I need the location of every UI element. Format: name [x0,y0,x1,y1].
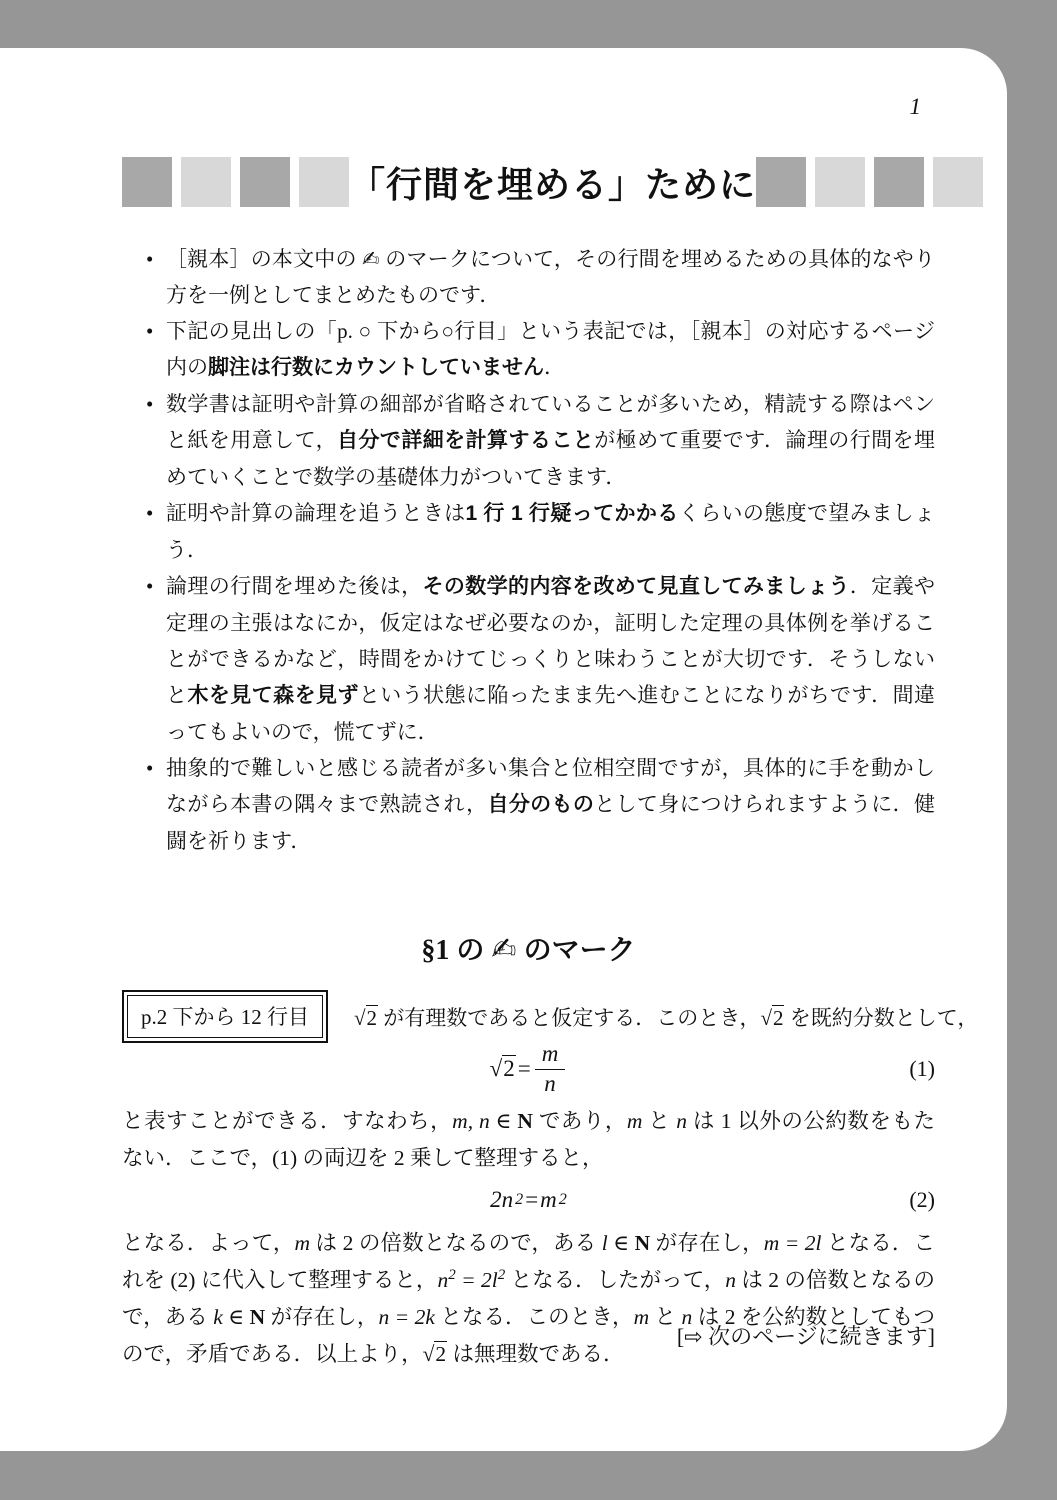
text-segment: 論理の行間を埋めた後は， [166,574,422,598]
proof-intro: √2 が有理数であると仮定する．このとき，√2 を既約分数として， [354,1002,978,1032]
text-segment: m [634,1305,650,1329]
title-squares-left [122,157,349,207]
page-title: 「行間を埋める」ために [349,157,756,208]
text-segment: を既約分数として， [784,1006,978,1030]
text-segment: N [250,1305,266,1329]
text-segment: = [518,1056,531,1082]
text-segment: = [525,1187,538,1213]
text-segment: ∈ [223,1305,250,1329]
sqrt-2: √2 [760,1005,784,1030]
title-square-dark [874,157,924,207]
text-segment: m [295,1231,311,1255]
sqrt-2: √2 [490,1056,516,1082]
sqrt-2: √2 [423,1341,448,1366]
continue-note: [⇨ 次のページに続きます] [677,1320,935,1351]
text-segment: = 2l [456,1268,498,1292]
proof-first-line: p.2 下から 12 行目 √2 が有理数であると仮定する．このとき，√2 を既… [122,990,935,1043]
text-segment: が存在し， [265,1305,378,1329]
text-segment: 脚注は行数にカウントしていません [208,356,544,379]
text-segment: §1 の [421,935,491,966]
title-square-dark [240,157,290,207]
text-segment: m, n [452,1109,490,1133]
title-squares-right [756,157,983,207]
text-segment: ∈ [490,1109,518,1133]
equation-2: 2n2 = m2 (2) [122,1179,935,1221]
bullet-item: 証明や計算の論理を追うときは1 行 1 行疑ってかかるくらいの態度で望みましょう… [122,495,935,568]
text-segment: が有理数であると仮定する．このとき， [378,1006,760,1030]
text-segment: ∈ [608,1231,635,1255]
text-segment: が存在し， [650,1231,764,1255]
text-segment: 2 [448,1267,456,1283]
bullet-list: ［親本］の本文中の ✍ のマークについて，その行間を埋めるための具体的なやり方を… [122,241,935,859]
text-segment: 1 行 1 行疑ってかかる [466,502,679,525]
text-segment: N [517,1109,533,1133]
equation-2-tag: (2) [909,1187,935,1213]
page-ref-box: p.2 下から 12 行目 [122,990,328,1043]
text-segment: となる．したがって， [505,1268,725,1292]
text-segment: は 2 の倍数となるので，ある [310,1231,602,1255]
text-segment: m [540,1187,557,1213]
text-segment: 次のページに続きます] [703,1324,935,1349]
arrow-right-icon: ⇨ [684,1325,702,1350]
text-segment: は無理数である． [447,1342,624,1366]
text-segment: n = 2k [378,1305,434,1329]
text-segment: その数学的内容を改めて見直してみましょう [422,575,849,598]
text-segment: m = 2l [764,1231,822,1255]
proof-paragraph-1: と表すことができる．すなわち，m, n ∈ N であり，m と n は 1 以外… [122,1103,935,1177]
fraction-m-over-n: mn [535,1041,566,1097]
text-segment: と [642,1109,676,1133]
title-square-light [815,157,865,207]
bullet-item: 下記の見出しの「p. ○ 下から○行目」という表記では，［親本］の対応するページ… [122,313,935,386]
text-segment: 木を見て森を見ず [187,684,358,707]
text-segment: n [725,1268,736,1292]
text-segment: m [627,1109,643,1133]
bullet-item: 抽象的で難しいと感じる読者が多い集合と位相空間ですが，具体的に手を動かしながら本… [122,750,935,859]
title-square-light [299,157,349,207]
sqrt-2: √2 [354,1005,378,1030]
text-segment: となる．よって， [122,1231,295,1255]
text-segment: n [676,1109,687,1133]
text-segment: となる．このとき， [435,1305,634,1329]
equation-1: √2 = mn (1) [122,1039,935,1099]
text-segment: のマーク [517,935,636,966]
text-segment: n [437,1268,448,1292]
scanned-document: { "page": { "number": "1" }, "colors": {… [0,0,1057,1500]
text-segment: 証明や計算の論理を追うときは [166,501,466,525]
title-banner: 「行間を埋める」ために [122,157,935,207]
text-segment: 2n [490,1187,513,1213]
equation-1-tag: (1) [909,1056,935,1082]
title-square-dark [756,157,806,207]
text-segment: k [213,1305,223,1329]
text-segment: と表すことができる．すなわち， [122,1109,452,1133]
text-segment: N [635,1231,651,1255]
text-segment: 自分で詳細を計算すること [337,429,594,452]
equation-1-body: √2 = mn [490,1041,568,1097]
bullet-item: 論理の行間を埋めた後は，その数学的内容を改めて見直してみましょう．定義や定理の主… [122,568,935,750]
page-ref-label: p.2 下から 12 行目 [127,995,323,1038]
writing-hand-icon: ✍ [362,247,380,271]
bullet-item: ［親本］の本文中の ✍ のマークについて，その行間を埋めるための具体的なやり方を… [122,241,935,313]
text-segment: 自分のもの [487,793,594,816]
page-number: 1 [910,94,922,120]
title-square-light [933,157,983,207]
section-heading: §1 の ✍ のマーク [122,929,935,972]
text-segment: ． [544,355,565,379]
document-page: 1 「行間を埋める」ために ［親本］の本文中の ✍ のマークについて，その行間を… [0,48,1007,1451]
text-segment: ［親本］の本文中の [166,247,362,271]
bullet-item: 数学書は証明や計算の細部が省略されていることが多いため，精読する際はペンと紙を用… [122,386,935,495]
title-square-light [181,157,231,207]
title-square-dark [122,157,172,207]
equation-2-body: 2n2 = m2 [490,1187,567,1213]
text-segment: であり， [533,1109,627,1133]
writing-hand-icon: ✍ [491,932,516,967]
